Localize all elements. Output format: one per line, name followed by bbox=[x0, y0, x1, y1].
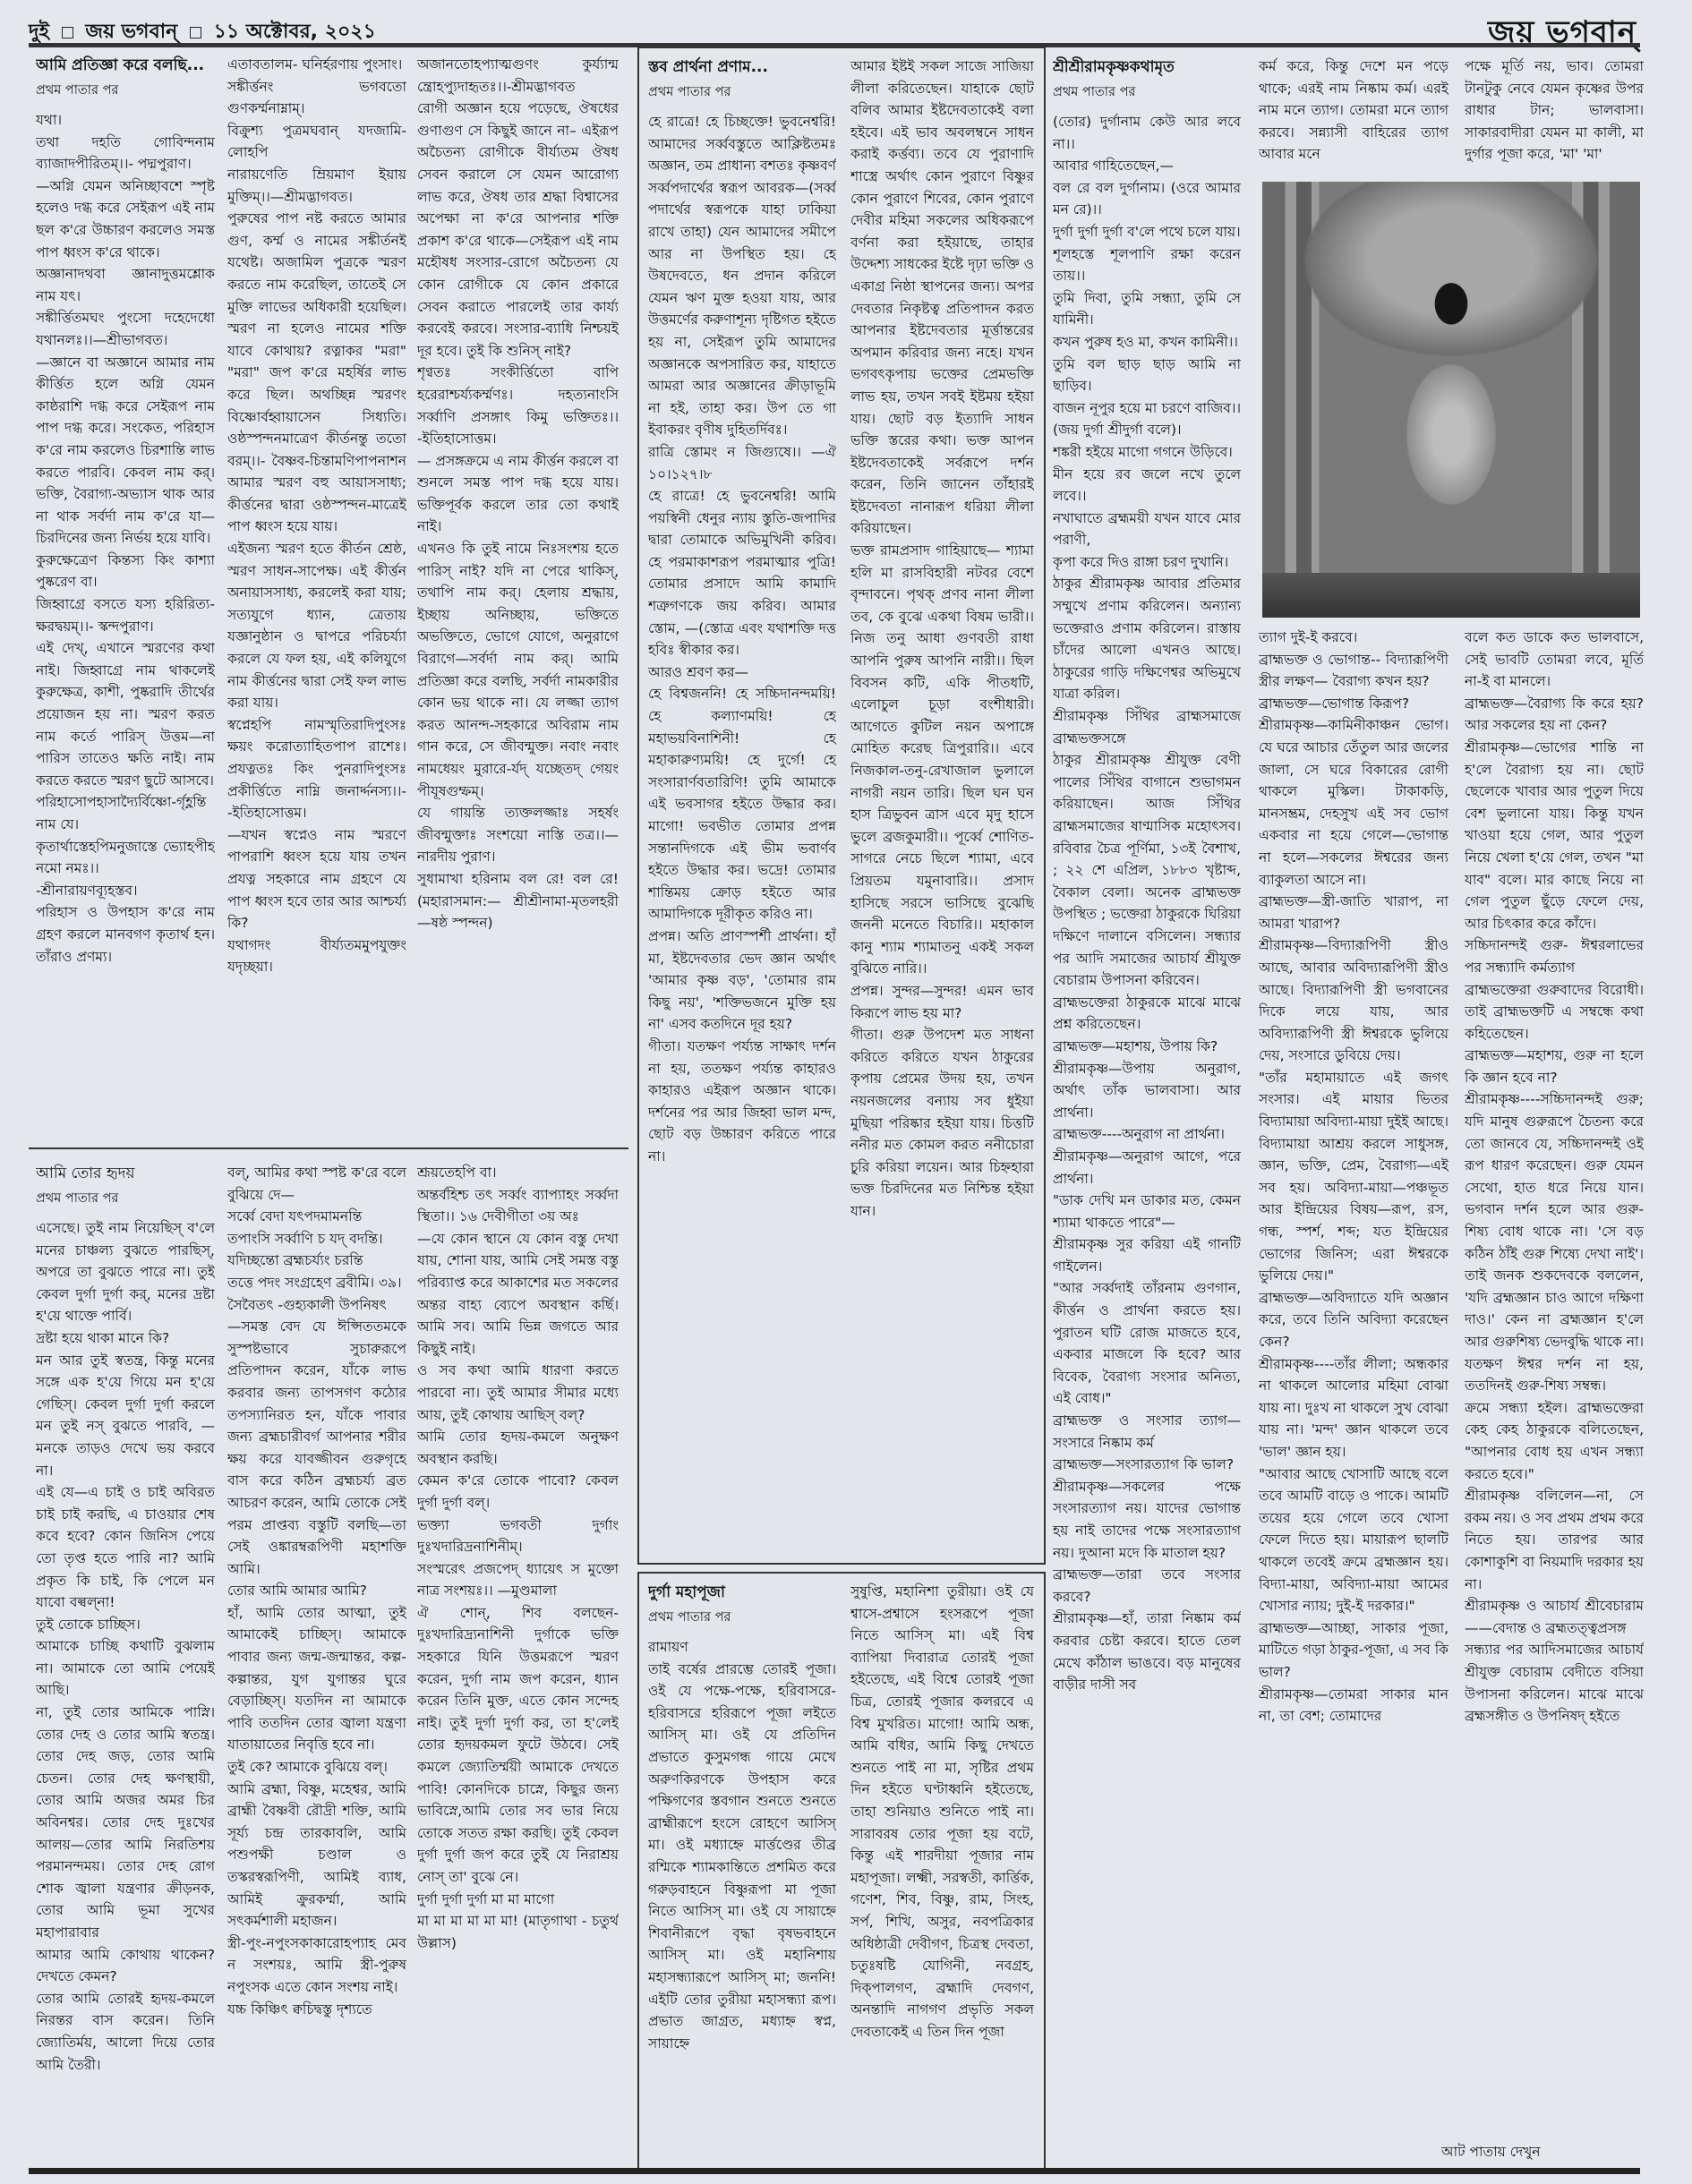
paragraph: হে রাত্রে! হে ভুবনেশ্বরি! আমি পয়স্বিনী … bbox=[648, 485, 836, 661]
article-kathamrita-col3-top: পক্ষে মূর্তি নয়, ভাব। তোমরা টানটুকু নেব… bbox=[1465, 55, 1644, 172]
paragraph: রোগী অজ্ঞান হয়ে পড়েছে, ঔষধের গুণাগুণ স… bbox=[417, 98, 619, 362]
article-kathamrita-col1: শ্রীশ্রীরামকৃষ্ণকথামৃত প্রথম পাতার পর (ত… bbox=[1053, 55, 1241, 2163]
paragraph: (তোর) দুর্গানাম কেউ আর লবে না।। bbox=[1053, 111, 1241, 155]
paragraph: শ্রীরামকৃষ্ণ—হাঁ, তারা নিষ্কাম কর্ম করবা… bbox=[1053, 1608, 1241, 1695]
paragraph: ব্রাহ্মভক্ত—মহাশয়, গুরু না হলে কি জ্ঞান… bbox=[1465, 1045, 1644, 1088]
paragraph: শঙ্করী হইয়ে মাগো গগনে উড়িবে। bbox=[1053, 441, 1241, 464]
paragraph: -শ্রীনারায়ণব্যূহস্তব। bbox=[36, 880, 215, 902]
article-headline: দুর্গা মহাপূজা bbox=[648, 1581, 836, 1604]
paragraph: দুর্গা দুর্গা দুর্গা ব'লে পথে চলে যায়। bbox=[1053, 221, 1241, 243]
paragraph: শৃণ্বতঃ সংকীর্ত্তিতো বাপি হরেরাশ্চর্য্যক… bbox=[417, 362, 619, 449]
paragraph: —সমস্ত বেদ যে ঈপ্সিততমকে সুস্পষ্টভাবে সু… bbox=[227, 1316, 406, 1580]
paragraph: আমার আমি কোথায় থাকেন? দেখতে কেমন? bbox=[36, 1944, 215, 1988]
paragraph: ঠাকুর শ্রীরামকৃষ্ণ আবার প্রতিমার সম্মুখে… bbox=[1053, 573, 1241, 705]
paragraph: আবার গাহিতেছেন,— bbox=[1053, 155, 1241, 177]
paragraph: সচ্চিদানন্দই গুরু- ঈশ্বরলাভের পর সন্ধ্যা… bbox=[1465, 934, 1644, 978]
paragraph: শ্রীরামকৃষ্ণ—সকলের পক্ষে সংসারত্যাগ নয়।… bbox=[1053, 1476, 1241, 1564]
paragraph: ও সব কথা আমি ধারণা করতে পারবো না। তুই আম… bbox=[417, 1360, 619, 1426]
paragraph: এখনও কি তুই নামে নিঃসংশয় হতে পারিস্ নাই… bbox=[417, 538, 619, 802]
paragraph: ভক্ত্যা ভগবতী দুর্গাং দুঃখদারিদ্রনাশিনীম… bbox=[417, 1514, 619, 1558]
paragraph: আমি তোর হৃদয়-কমলে অনুক্ষণ অবস্থান করছি। bbox=[417, 1426, 619, 1470]
paragraph: তাই বর্ষের প্রারম্ভে তোরই পূজা। ওই যে পক… bbox=[648, 1659, 836, 2055]
paragraph: বলে কত ডাকে কত ভালবাসে, সেই ভাবটি তোমরা … bbox=[1465, 627, 1644, 693]
paragraph: কুরুক্ষেত্রেণ কিন্তস্য কিং কাশ্যা পুষ্কর… bbox=[36, 550, 215, 593]
footer-rule bbox=[29, 2168, 1640, 2174]
paragraph: শ্রীরামকৃষ্ণ—ভোগের শান্তি না হ'লে বৈরাগ্… bbox=[1465, 737, 1644, 934]
paragraph: ব্রাহ্মভক্তেরা গুরুবাদের বিরোধী। তাই ব্র… bbox=[1465, 979, 1644, 1045]
paragraph: স্ত্রী-পুং-নপুংসকাকারোহপ্যাহ মেব ন সংশয়… bbox=[227, 1932, 406, 1999]
paragraph: ব্রাহ্মভক্ত—তারা তবে সংসার করবে? bbox=[1053, 1564, 1241, 1608]
paragraph: "আবার আছে খোসাটি আছে বলে তবে আমটি বাড়ে … bbox=[1259, 1463, 1448, 1617]
paragraph: সঙ্কীর্ত্তিতমঘং পুংসো দহেদেধো যথানলঃ।।—শ… bbox=[36, 307, 215, 351]
paragraph: সঙ্কীর্ত্তনং ভগবতো গুণকর্ম্মনাম্নাম্। bbox=[227, 76, 406, 120]
article-subhead: প্রথম পাতার পর bbox=[648, 1608, 836, 1627]
paragraph: সর্ব্বে বেদা যৎপদমামনন্তি bbox=[227, 1206, 406, 1228]
paragraph: শ্রীরামকৃষ্ণ—বিদ্যারূপিণী স্ত্রীও আছে, আ… bbox=[1259, 934, 1448, 1067]
article-hridoy-col1: আমি তোর হৃদয় প্রথম পাতার পর এসেছে। তুই … bbox=[36, 1162, 215, 2163]
paragraph: যথা। bbox=[36, 109, 215, 132]
paragraph: তপাংসি সর্ব্বাণি চ যদ্ বদন্তি। bbox=[227, 1228, 406, 1250]
paragraph: শ্রীরামকৃষ্ণ সিঁথির ব্রাহ্মসমাজে ব্রাহ্ম… bbox=[1053, 705, 1241, 749]
paragraph: আমাকে চাচ্ছি কথাটি বুঝলাম না। আমাকে তো আ… bbox=[36, 1635, 215, 1702]
paragraph: তোর আমি আমার আমি? bbox=[227, 1580, 406, 1602]
paragraph: ক্রমে সন্ধ্যা হইল। ব্রাহ্মভক্তেরা কেহ কে… bbox=[1465, 1397, 1644, 1485]
paragraph: কৃপা করে দিও রাঙ্গা চরণ দুখানি। bbox=[1053, 551, 1241, 574]
paragraph: পরিহাসোপহাসাদ্যৈর্বিষ্ণো-র্গৃহ্ণন্তি নাম… bbox=[36, 791, 215, 835]
masthead: দুই জয় ভগবান্ ১১ অক্টোবর, ২০২১ জয় ভগবা… bbox=[29, 13, 1663, 45]
square-bullet-icon bbox=[190, 27, 201, 38]
paragraph: যচ্চ কিঞ্চিৎ ক্বচিদ্বস্তু দৃশ্যতে bbox=[227, 1999, 406, 2021]
paragraph: শ্রীরামকৃষ্ণ সুর করিয়া এই গানটি গাইলেন। bbox=[1053, 1233, 1241, 1277]
paragraph: এসেছে। তুই নাম নিয়েছিস্ ব'লে মনের চাঞ্চ… bbox=[36, 1217, 215, 1327]
paragraph: ব্রাহ্মভক্ত—আচ্ছা, সাকার পূজা, মাটিতে গড… bbox=[1259, 1617, 1448, 1684]
paragraph: রাত্রি স্তোমং ন জিগ্যুষে।। —ঐ ১০।১২৭।৮ bbox=[648, 441, 836, 485]
paragraph: ব্রাহ্মভক্ত—অবিদ্যাতে যদি অজ্ঞান করে, তব… bbox=[1259, 1287, 1448, 1353]
paragraph: ঠাকুর শ্রীরামকৃষ্ণ শ্রীযুক্ত বেণী পালের … bbox=[1053, 749, 1241, 992]
paragraph: হে বিশ্বজননি! হে সচ্চিদানন্দময়ি! হে কল্… bbox=[648, 683, 836, 926]
paragraph: "ডাক দেখি মন ডাকার মত, কেমন শ্যামা থাকতে… bbox=[1053, 1190, 1241, 1233]
article-pratigya-col3: অজানতোহপ্যাত্মগুণং কুর্য্যান্ম ন্ত্রোহপ্… bbox=[417, 54, 619, 934]
paragraph: সুষুপ্তি, মহানিশা তুরীয়া। ওই যে শ্বাসে-… bbox=[850, 1581, 1034, 2043]
paragraph: যে গায়ন্তি ত্যক্তলজ্জাঃ সহর্ষং জীবন্মুক… bbox=[417, 802, 619, 868]
paragraph: দুর্গা দুর্গা দুর্গা মা মা মাগো bbox=[417, 1889, 619, 1911]
paragraph: শ্রীরামকৃষ্ণ—কামিনীকাঞ্চন ভোগ। যে ঘরে আচ… bbox=[1259, 714, 1448, 891]
paragraph: পরিহাস ও উপহাস ক'রে নাম গ্রহণ করলে মানবগ… bbox=[36, 901, 215, 968]
article-hridoy-col3: শ্রূয়তেহপি বা।অন্তর্বহিশ্চ তৎ সর্ব্বং ব… bbox=[417, 1162, 619, 2163]
paragraph: প্রপন্ন। সুন্দর—সুন্দর! এমন ভাব কিরূপে ল… bbox=[850, 980, 1034, 1024]
paragraph: প্রপন্ন। অতি প্রাণস্পর্শী প্রার্থনা। হাঁ… bbox=[648, 926, 836, 1036]
paragraph: জিহ্বাগ্রে বসতে যস্য হরিরিত্য-ক্ষরদ্বয়ম… bbox=[36, 593, 215, 637]
paragraph: শ্রূয়তেহপি বা। bbox=[417, 1162, 619, 1184]
section-divider bbox=[29, 1147, 628, 1149]
paragraph: শ্রীরামকৃষ্ণ----তাঁর লীলা; অন্ধকার না থা… bbox=[1259, 1353, 1448, 1463]
paragraph: আরও শ্রবণ কর— bbox=[648, 661, 836, 684]
deity-photo-base bbox=[1262, 573, 1640, 618]
paragraph: সৈবৈতৎ -গুহ্যকালী উপনিষৎ bbox=[227, 1294, 406, 1317]
paragraph: তুমি দিবা, তুমি সন্ধ্যা, তুমি সে যামিনী। bbox=[1053, 287, 1241, 331]
paragraph: শ্রীরামকৃষ্ণ বলিলেন—না, সে রকম নয়। ও সব… bbox=[1465, 1485, 1644, 1595]
paragraph: তত্তে পদং সংগ্রহেণ ব্রবীমি। ৩৯। bbox=[227, 1272, 406, 1294]
paragraph: স্বপ্নেহপি নামস্মৃতিরাদিপুংসঃ ক্ষয়ং করো… bbox=[227, 714, 406, 824]
article-subhead: প্রথম পাতার পর bbox=[36, 81, 215, 100]
article-subhead: প্রথম পাতার পর bbox=[1053, 82, 1241, 102]
paragraph: রামায়ণ bbox=[648, 1636, 836, 1659]
paragraph: শ্রীরামকৃষ্ণ—তোমরা সাকার মান না, তা বেশ;… bbox=[1259, 1684, 1448, 1728]
paragraph: "তাঁর মহামায়াতে এই জগৎ সংসার। এই মায়ার… bbox=[1259, 1067, 1448, 1287]
page-number: দুই bbox=[29, 21, 49, 43]
article-headline: আমি তোর হৃদয় bbox=[36, 1162, 215, 1185]
paragraph: তথা দহতি গোবিন্দনাম ব্যাজাদপীরিতম্।।- পদ… bbox=[36, 132, 215, 175]
square-bullet-icon bbox=[62, 27, 73, 38]
paragraph: এই যে—এ চাই ও চাই অবিরত চাই চাই করছি, এ … bbox=[36, 1481, 215, 1614]
article-subhead: প্রথম পাতার পর bbox=[648, 82, 836, 102]
paragraph: নারায়ণেতি ম্রিয়মাণ ইয়ায় মুক্তিম্।।—শ… bbox=[227, 164, 406, 208]
paragraph: শ্রীরামকৃষ্ণ—অনুরাগ আগে, পরে প্রার্থনা। bbox=[1053, 1146, 1241, 1190]
paragraph: আমি ব্রহ্মা, বিষ্ণু, মহেশ্বর, আমি ব্রাহ্… bbox=[227, 1779, 406, 1932]
article-headline: স্তব প্রার্থনা প্রণাম... bbox=[648, 55, 836, 79]
paper-name: জয় ভগবান্ bbox=[85, 21, 177, 43]
article-headline: আমি প্রতিজ্ঞা করে বলছি... bbox=[36, 54, 215, 77]
paragraph: আমার ইষ্টই সকল সাজে সাজিয়া লীলা করিতেছে… bbox=[850, 55, 1034, 540]
paragraph: গীতা। যতক্ষণ পর্য্যন্ত সাক্ষাৎ দর্শন না … bbox=[648, 1036, 836, 1168]
paragraph: "আর সর্ব্বদাই তাঁরনাম গুণগান, কীর্ত্তন ও… bbox=[1053, 1277, 1241, 1410]
paragraph: গীতা। গুরু উপদেশ মত সাধনা করিতে করিতে যখ… bbox=[850, 1024, 1034, 1222]
paragraph: যথাগদং বীর্য্যতমমুপযুক্তং যদৃচ্ছয়া। bbox=[227, 934, 406, 978]
paragraph: শ্রীরামকৃষ্ণ—উপায় অনুরাগ, অর্থাৎ তাঁক ভ… bbox=[1053, 1058, 1241, 1124]
paragraph: কখন পুরুষ হও মা, কখন কামিনী।। bbox=[1053, 331, 1241, 354]
paragraph: সন্ধ্যার পর আদিসমাজের আচার্য শ্রীযুক্ত ব… bbox=[1465, 1639, 1644, 1727]
paragraph: —যে কোন স্থানে যে কোন বস্তু দেখা যায়, শ… bbox=[417, 1228, 619, 1361]
paragraph: তুমি বল ছাড় ছাড় আমি না ছাড়িব। bbox=[1053, 354, 1241, 397]
article-kathamrita-col3: বলে কত ডাকে কত ভালবাসে, সেই ভাবটি তোমরা … bbox=[1465, 627, 1644, 2139]
article-hridoy-col2: বল্, আমির কথা স্পষ্ট ক'রে বলে বুঝিয়ে দে… bbox=[227, 1162, 406, 2163]
paragraph: শ্রীরামকৃষ্ণ ও আচার্য শ্রীবেচারাম——বেদান… bbox=[1465, 1595, 1644, 1639]
paragraph: কৃতার্থাস্তেহপিমনুজাস্তে ভ্যোহপীহ নমো নম… bbox=[36, 836, 215, 880]
issue-date: ১১ অক্টোবর, ২০২১ bbox=[214, 21, 376, 43]
paragraph: বিক্রুশ্য পুত্রমঘবান্ যদজামি-লোহপি bbox=[227, 120, 406, 164]
paragraph: ব্রাহ্মভক্ত ও ভোগান্ত-- বিদ্যারূপিণী স্ত… bbox=[1259, 649, 1448, 693]
paragraph: তুই তোকে চাচ্ছিস। bbox=[36, 1614, 215, 1636]
deity-photo bbox=[1262, 182, 1640, 618]
paragraph: —অগ্নি যেমন অনিচ্ছাবশে স্পৃষ্ট হলেও দগ্ধ… bbox=[36, 175, 215, 263]
paragraph: মন আর তুই স্বতন্ত্র, কিন্তু মনের সঙ্গে এ… bbox=[36, 1350, 215, 1482]
paragraph: ব্রাহ্মভক্ত----অনুরাগ না প্রার্থনা। bbox=[1053, 1123, 1241, 1146]
article-kathamrita-col2: ত্যাগ দুই-ই করবে।ব্রাহ্মভক্ত ও ভোগান্ত--… bbox=[1259, 627, 1448, 2163]
paragraph: যদিচ্ছন্তো ব্রহ্মচর্য্যং চরন্তি bbox=[227, 1250, 406, 1272]
article-durga-puja-col1: দুর্গা মহাপূজা প্রথম পাতার পর রামায়ণতাই… bbox=[648, 1581, 836, 2163]
paragraph: এই দেখ্, এখানে স্মরণের কথা নাই। জিহ্বাগ্… bbox=[36, 637, 215, 791]
paragraph: ভক্ত রামপ্রসাদ গাহিয়াছে— শ্যামা হলি মা … bbox=[850, 540, 1034, 980]
paragraph: পুরুষের পাপ নষ্ট করতে আমার গুণ, কর্ম্ম ও… bbox=[227, 208, 406, 538]
paragraph: কেমন ক'রে তোকে পাবো? কেবল দুর্গা দুর্গা … bbox=[417, 1470, 619, 1514]
paragraph: —জ্ঞানে বা অজ্ঞানে আমার নাম কীর্ত্তিত হল… bbox=[36, 352, 215, 550]
paragraph: ব্রাহ্মভক্ত—সংসারত্যাগ কি ভাল? bbox=[1053, 1454, 1241, 1476]
article-pratigya-col1: আমি প্রতিজ্ঞা করে বলছি... প্রথম পাতার পর… bbox=[36, 54, 215, 968]
paragraph: ব্রাহ্মভক্ত—মহাশয়, উপায় কি? bbox=[1053, 1036, 1241, 1058]
article-stob-col1: স্তব প্রার্থনা প্রণাম... প্রথম পাতার পর … bbox=[648, 55, 836, 1550]
paragraph: অজ্ঞানাদথবা জ্ঞানাদুত্তমশ্লোক নাম যৎ। bbox=[36, 263, 215, 307]
article-subhead: প্রথম পাতার পর bbox=[36, 1189, 215, 1208]
paragraph: এতাবতালম- ঘনির্হরণায় পুংসাং। bbox=[227, 54, 406, 76]
paragraph: না, তুই তোর আমিকে পাস্নি। তোর দেহ ও তোর … bbox=[36, 1702, 215, 1944]
continued-on-page-link[interactable]: আট পাতায় দেখুন bbox=[1441, 2141, 1541, 2164]
paragraph: — প্রসঙ্গক্রমে এ নাম কীর্ত্তন করলে বা শু… bbox=[417, 450, 619, 538]
paragraph: এইজন্য স্মরণ হতে কীর্তন শ্রেষ্ঠ, স্মরণ স… bbox=[227, 538, 406, 714]
paragraph: বল রে বল দুর্গানাম। (ওরে আমার মন রে)।। bbox=[1053, 177, 1241, 221]
paragraph: —যখন স্বপ্নেও নাম স্মরণে পাপরাশি ধ্বংস হ… bbox=[227, 824, 406, 934]
paragraph: বাজন নূপুর হয়ে মা চরণে বাজিব।। (জয় দুর… bbox=[1053, 397, 1241, 441]
paragraph: মা মা মা মা মা মা! (মাতৃগাথা - চতুর্থ উল… bbox=[417, 1910, 619, 1954]
paragraph: ব্রাহ্মভক্তেরা ঠাকুরকে মাঝে মাঝে প্রশ্ন … bbox=[1053, 992, 1241, 1036]
paragraph: অন্তর্বহিশ্চ তৎ সর্ব্বং ব্যাপ্যাহং সর্ব্… bbox=[417, 1184, 619, 1228]
paragraph: সংস্মরেৎ প্রজপেদ্ ধ্যায়েৎ স মুক্তো নাত্… bbox=[417, 1558, 619, 1602]
article-kathamrita-col2-top: কর্ম করে, কিন্তু দেশে মন পড়ে থাকে; এরই … bbox=[1259, 55, 1448, 172]
paragraph: শূলহস্তে শূলপাণি রক্ষা করেন তায়।। bbox=[1053, 243, 1241, 287]
paragraph: কর্ম করে, কিন্তু দেশে মন পড়ে থাকে; এরই … bbox=[1259, 55, 1448, 166]
paragraph: ব্রাহ্মভক্ত—বৈরাগ্য কি করে হয়? আর সকলের… bbox=[1465, 693, 1644, 737]
article-headline: শ্রীশ্রীরামকৃষ্ণকথামৃত bbox=[1053, 55, 1241, 79]
paragraph: সুধামাখা হরিনাম বল রে! বল রে! (মহারাসমান… bbox=[417, 868, 619, 934]
paragraph: ত্যাগ দুই-ই করবে। bbox=[1259, 627, 1448, 649]
paragraph: পক্ষে মূর্তি নয়, ভাব। তোমরা টানটুকু নেব… bbox=[1465, 55, 1644, 166]
paragraph: হাঁ, আমি তোর আত্মা, তুই আমাকেই চাচ্ছিস্।… bbox=[227, 1602, 406, 1756]
paragraph: তুই কে? আমাকে বুঝিয়ে বল্। bbox=[227, 1756, 406, 1779]
paragraph: হে রাত্রে! হে চিচ্ছক্তে! ভুবনেশ্বরি! আমা… bbox=[648, 111, 836, 441]
paragraph: ঐ শোন্, শিব বলছেন- দুঃখদারিদ্র্যনাশিনী দ… bbox=[417, 1602, 619, 1889]
paragraph: শ্রীরামকৃষ্ণ----সচ্চিদানন্দই গুরু; যদি ম… bbox=[1465, 1088, 1644, 1396]
article-durga-puja-col2: সুষুপ্তি, মহানিশা তুরীয়া। ওই যে শ্বাসে-… bbox=[850, 1581, 1034, 2163]
paragraph: ব্রাহ্মভক্ত—স্ত্রী-জাতি খারাপ, না আমরা খ… bbox=[1259, 891, 1448, 934]
article-pratigya-col2: এতাবতালম- ঘনির্হরণায় পুংসাং।সঙ্কীর্ত্তন… bbox=[227, 54, 406, 978]
paragraph: দ্রষ্টা হয়ে থাকা মানে কি? bbox=[36, 1327, 215, 1350]
paragraph: তোর আমি তোরই হৃদয়-কমলে নিরন্তর বাস করেন… bbox=[36, 1988, 215, 2076]
paragraph: বল্, আমির কথা স্পষ্ট ক'রে বলে বুঝিয়ে দে… bbox=[227, 1162, 406, 1206]
brand-logo: জয় ভগবান্ bbox=[1488, 9, 1636, 60]
paragraph: নখাঘাতে ব্রহ্মময়ী যখন যাবে মোর পরাণী, bbox=[1053, 508, 1241, 551]
article-stob-col2: আমার ইষ্টই সকল সাজে সাজিয়া লীলা করিতেছে… bbox=[850, 55, 1034, 1550]
paragraph: ব্রাহ্মভক্ত—ভোগান্ত কিরূপ? bbox=[1259, 693, 1448, 715]
paragraph: ব্রাহ্মভক্ত ও সংসার ত্যাগ—সংসারে নিষ্কাম… bbox=[1053, 1410, 1241, 1454]
paragraph: মীন হয়ে রব জলে নখে তুলে লবে।। bbox=[1053, 464, 1241, 508]
paragraph: অজানতোহপ্যাত্মগুণং কুর্য্যান্ম ন্ত্রোহপ্… bbox=[417, 54, 619, 98]
